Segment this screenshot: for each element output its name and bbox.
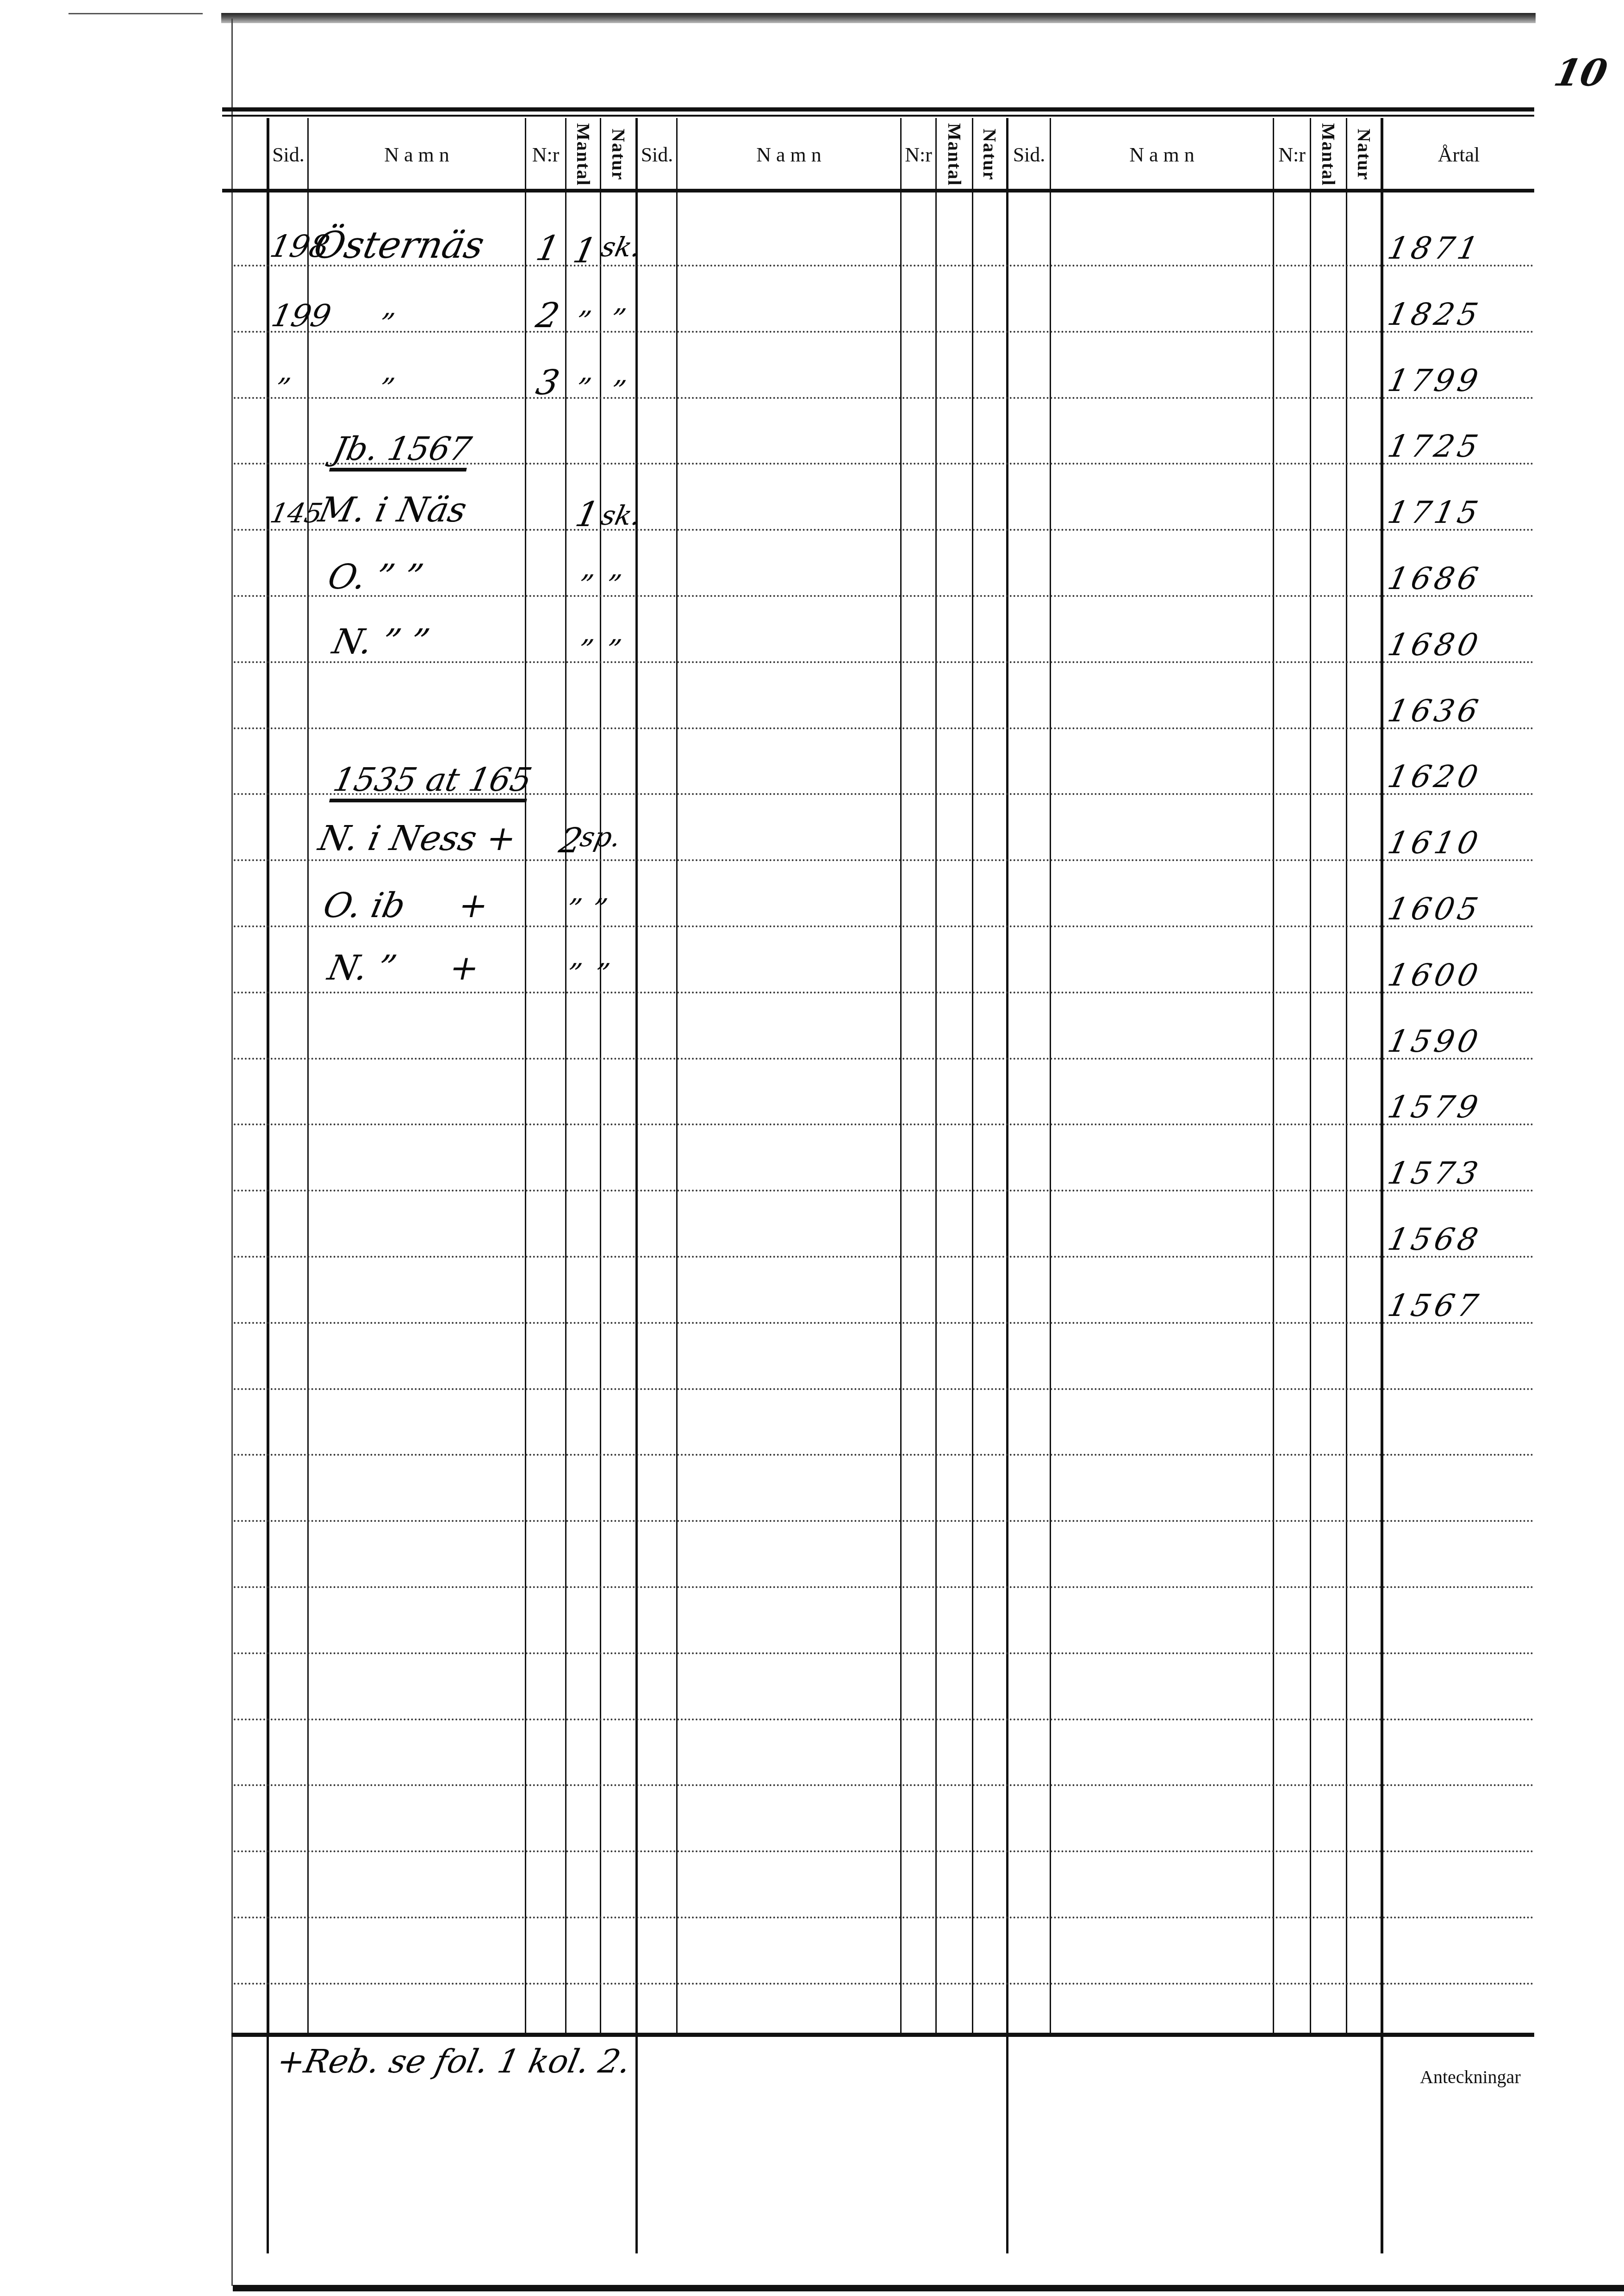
header-namn-2: N a m n [678,120,900,189]
col-line-mantal1-left [565,118,566,2034]
header-namn-3: N a m n [1051,120,1273,189]
year-entry: 1686 [1385,564,1484,594]
year-entry: 1600 [1385,960,1484,991]
header-sid-1: Sid. [269,120,307,189]
col-line-natur1-left [600,118,601,2034]
header-artal: Årtal [1383,120,1534,189]
row-rule [234,727,1534,729]
row-rule [234,1917,1534,1918]
header-bottom-rule [222,189,1534,192]
table-bottom-rule [231,2033,1534,2037]
entry-5-namn: O. ” ” [325,560,426,594]
stray-line-left [68,13,203,14]
year-entry: 1579 [1385,1092,1484,1123]
col-line-nr1-left [525,118,526,2034]
entry-9-natur: sp. [578,824,623,850]
year-entry: 1567 [1385,1291,1484,1321]
header-sid-2: Sid. [638,120,676,189]
row-rule [234,1586,1534,1588]
row-rule [234,1454,1534,1456]
entry-0-nr: 1 [533,231,562,266]
col-line-sid1-left [267,118,269,2034]
notes-line-2 [635,2036,638,2253]
notes-label: Anteckningar [1420,2066,1521,2088]
row-rule [234,1256,1534,1258]
page-number: 10 [1550,51,1611,94]
entry-8-heading: 1535 at 165 [329,763,535,802]
page-bottom-edge [233,2285,1624,2291]
year-entry: 1725 [1385,431,1484,462]
col-line-sid3-left [1006,118,1008,2034]
entry-1-nr: 2 [533,298,562,333]
entry-10-natur: ” [590,895,610,923]
year-entry: 1605 [1385,894,1484,925]
entry-10-namn: O. ib + [320,888,492,923]
row-rule [234,1322,1534,1324]
entry-2-nr: 3 [533,366,562,400]
entry-0-natur: sk. [599,234,643,261]
header-natur-3: Natur [1347,120,1381,189]
header-natur-1: Natur [601,120,635,189]
header-namn-1: N a m n [309,120,525,189]
col-line-nr3-left [1273,118,1274,2034]
col-line-artal-left [1381,118,1383,2034]
row-rule [234,859,1534,861]
header-top-rule-thin [222,115,1534,117]
row-rule [234,1388,1534,1390]
entry-11-namn: N. ” + [325,951,482,985]
header-sid-3: Sid. [1008,120,1050,189]
header-mantal-2: Mantal [937,120,972,189]
page-left-edge [231,19,233,2286]
row-rule [234,925,1534,927]
entry-3-heading: Jb. 1567 [329,433,474,472]
year-entry: 1610 [1385,828,1484,858]
row-rule [234,331,1534,333]
entry-1-sid: 199 [269,301,334,331]
col-line-natur2-left [972,118,973,2034]
row-rule [234,1190,1534,1191]
entry-6-namn: N. ” ” [330,625,432,659]
row-rule [234,1784,1534,1786]
entry-2-natur: ” [608,377,628,405]
entry-9-namn: N. i Ness + [316,821,519,856]
entry-0-mantal: 1 [570,234,599,268]
entry-6-natur: ” [604,636,623,664]
col-line-mantal3-left [1310,118,1311,2034]
row-rule [234,1652,1534,1654]
year-entry: 1573 [1385,1158,1484,1189]
header-top-rule [222,107,1534,112]
entry-1-natur: ” [608,305,628,333]
year-entry: 1825 [1385,299,1484,330]
header-mantal-3: Mantal [1311,120,1346,189]
header-mantal-1: Mantal [566,120,600,189]
row-rule [234,1850,1534,1852]
entry-11-mantal: ” [564,960,584,988]
year-entry: 1715 [1385,497,1484,528]
footnote-text: +Reb. se fol. 1 kol. 2. [274,2045,634,2078]
notes-line-3 [1006,2036,1008,2253]
row-rule [234,1058,1534,1060]
row-rule [234,1719,1534,1720]
col-line-namn3-left [1050,118,1051,2034]
year-entry: 1680 [1385,630,1484,660]
entry-4-mantal: 1 [572,497,602,532]
header-nr-2: N:r [902,120,935,189]
entry-1-namn: ” [377,310,397,338]
year-entry: 1799 [1385,366,1484,396]
col-line-namn2-left [676,118,678,2034]
entry-0-namn: Östernäs [311,227,487,264]
year-entry: 1620 [1385,762,1484,792]
header-natur-2: Natur [973,120,1006,189]
header-nr-3: N:r [1274,120,1310,189]
year-entry: 1636 [1385,696,1484,726]
col-line-namn1-left [307,118,309,2034]
row-rule [234,1520,1534,1522]
row-rule [234,397,1534,399]
header-nr-1: N:r [526,120,565,189]
notes-line-4 [1381,2036,1383,2253]
year-entry: 1590 [1385,1026,1484,1057]
row-rule [234,992,1534,993]
entry-6-mantal: ” [576,636,596,664]
entry-10-mantal: ” [564,895,584,923]
entry-4-natur: sk. [599,502,643,529]
row-rule [234,1123,1534,1125]
row-rule [234,595,1534,597]
col-line-nr2-left [900,118,902,2034]
entry-4-namn: M. i Näs [316,493,470,527]
year-entry: 1871 [1385,233,1484,264]
col-line-natur3-left [1346,118,1347,2034]
col-line-mantal2-left [935,118,937,2034]
year-entry: 1568 [1385,1224,1484,1255]
entry-11-natur: ” [592,960,612,988]
row-rule [234,661,1534,663]
col-line-sid2-left [635,118,638,2034]
page-top-edge [221,13,1536,23]
notes-line-1 [267,2036,269,2253]
row-rule [234,1983,1534,1985]
